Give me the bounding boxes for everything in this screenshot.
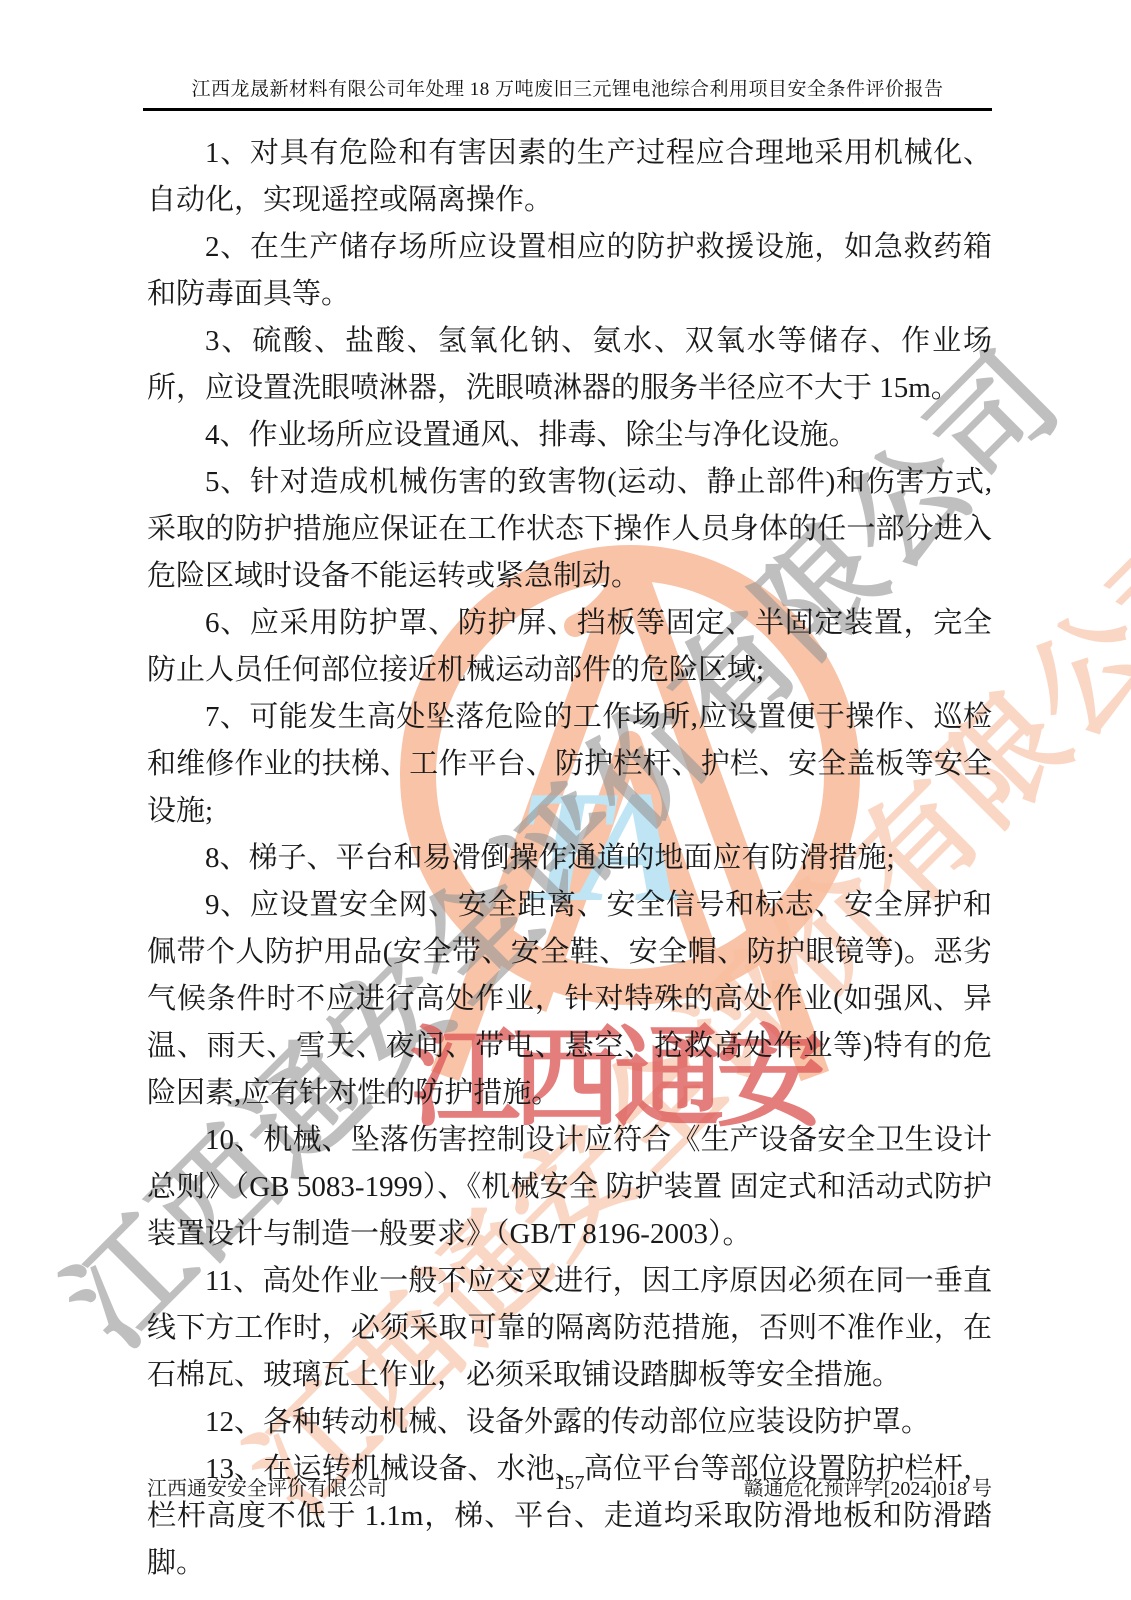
page-footer: 江西通安安全评价有限公司 157 赣通危化预评字[2024]018 号 (147, 1472, 992, 1501)
paragraph: 7、可能发生高处坠落危险的工作场所,应设置便于操作、巡检和维修作业的扶梯、工作平… (147, 694, 992, 835)
paragraph: 11、高处作业一般不应交叉进行，因工序原因必须在同一垂直线下方工作时，必须采取可… (147, 1258, 992, 1399)
paragraph: 4、作业场所应设置通风、排毒、除尘与净化设施。 (147, 412, 992, 459)
paragraph: 6、应采用防护罩、防护屏、挡板等固定、半固定装置，完全防止人员任何部位接近机械运… (147, 600, 992, 694)
page-header-title: 江西龙晟新材料有限公司年处理 18 万吨废旧三元锂电池综合利用项目安全条件评价报… (143, 74, 992, 111)
footer-document-number: 赣通危化预评字[2024]018 号 (744, 1472, 992, 1501)
paragraph: 3、硫酸、盐酸、氢氧化钠、氨水、双氧水等储存、作业场所，应设置洗眼喷淋器，洗眼喷… (147, 318, 992, 412)
footer-company-name: 江西通安安全评价有限公司 (147, 1472, 387, 1501)
paragraph: 2、在生产储存场所应设置相应的防护救援设施，如急救药箱和防毒面具等。 (147, 224, 992, 318)
paragraph: 5、针对造成机械伤害的致害物(运动、静止部件)和伤害方式,采取的防护措施应保证在… (147, 459, 992, 600)
document-page: 江西通安全评价有限公司 TA 江西通安全评价有限公司 江西通安 江西龙晟新材料有… (0, 0, 1131, 1600)
paragraph: 10、机械、坠落伤害控制设计应符合《生产设备安全卫生设计总则》（GB 5083-… (147, 1117, 992, 1258)
paragraph: 9、应设置安全网、安全距离、安全信号和标志、安全屏护和佩带个人防护用品(安全带、… (147, 882, 992, 1117)
paragraph: 12、各种转动机械、设备外露的传动部位应装设防护罩。 (147, 1399, 992, 1446)
paragraph: 13、在运转机械设备、水池、高位平台等部位设置防护栏杆，栏杆高度不低于 1.1m… (147, 1446, 992, 1587)
paragraph: 1、对具有危险和有害因素的生产过程应合理地采用机械化、自动化，实现遥控或隔离操作… (147, 130, 992, 224)
body-paragraphs: 1、对具有危险和有害因素的生产过程应合理地采用机械化、自动化，实现遥控或隔离操作… (147, 130, 992, 1587)
footer-page-number: 157 (555, 1472, 585, 1495)
paragraph: 8、梯子、平台和易滑倒操作通道的地面应有防滑措施; (147, 835, 992, 882)
